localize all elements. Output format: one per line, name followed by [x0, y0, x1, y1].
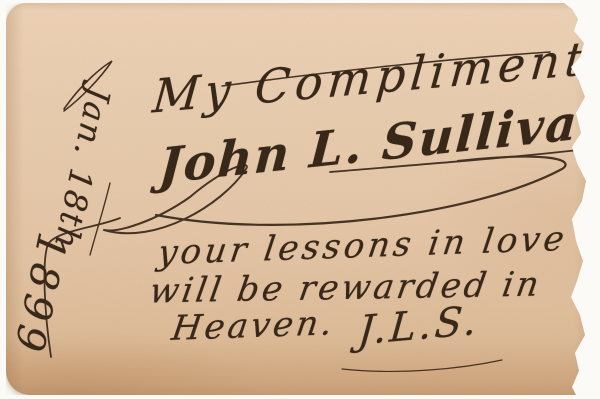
date-line-2: 1899	[4, 228, 75, 361]
message-line-2: will be rewarded in	[147, 265, 545, 312]
initials-text: J.L.S.	[356, 297, 481, 354]
autograph-album-page: My Compliments John L. Sullivan your les…	[6, 3, 589, 395]
message-line-3: Heaven.	[169, 303, 338, 349]
flourish-underline-initials	[342, 360, 502, 371]
scan-backdrop: My Compliments John L. Sullivan your les…	[0, 0, 600, 399]
date-line-1: Jan. 18th	[47, 84, 118, 253]
